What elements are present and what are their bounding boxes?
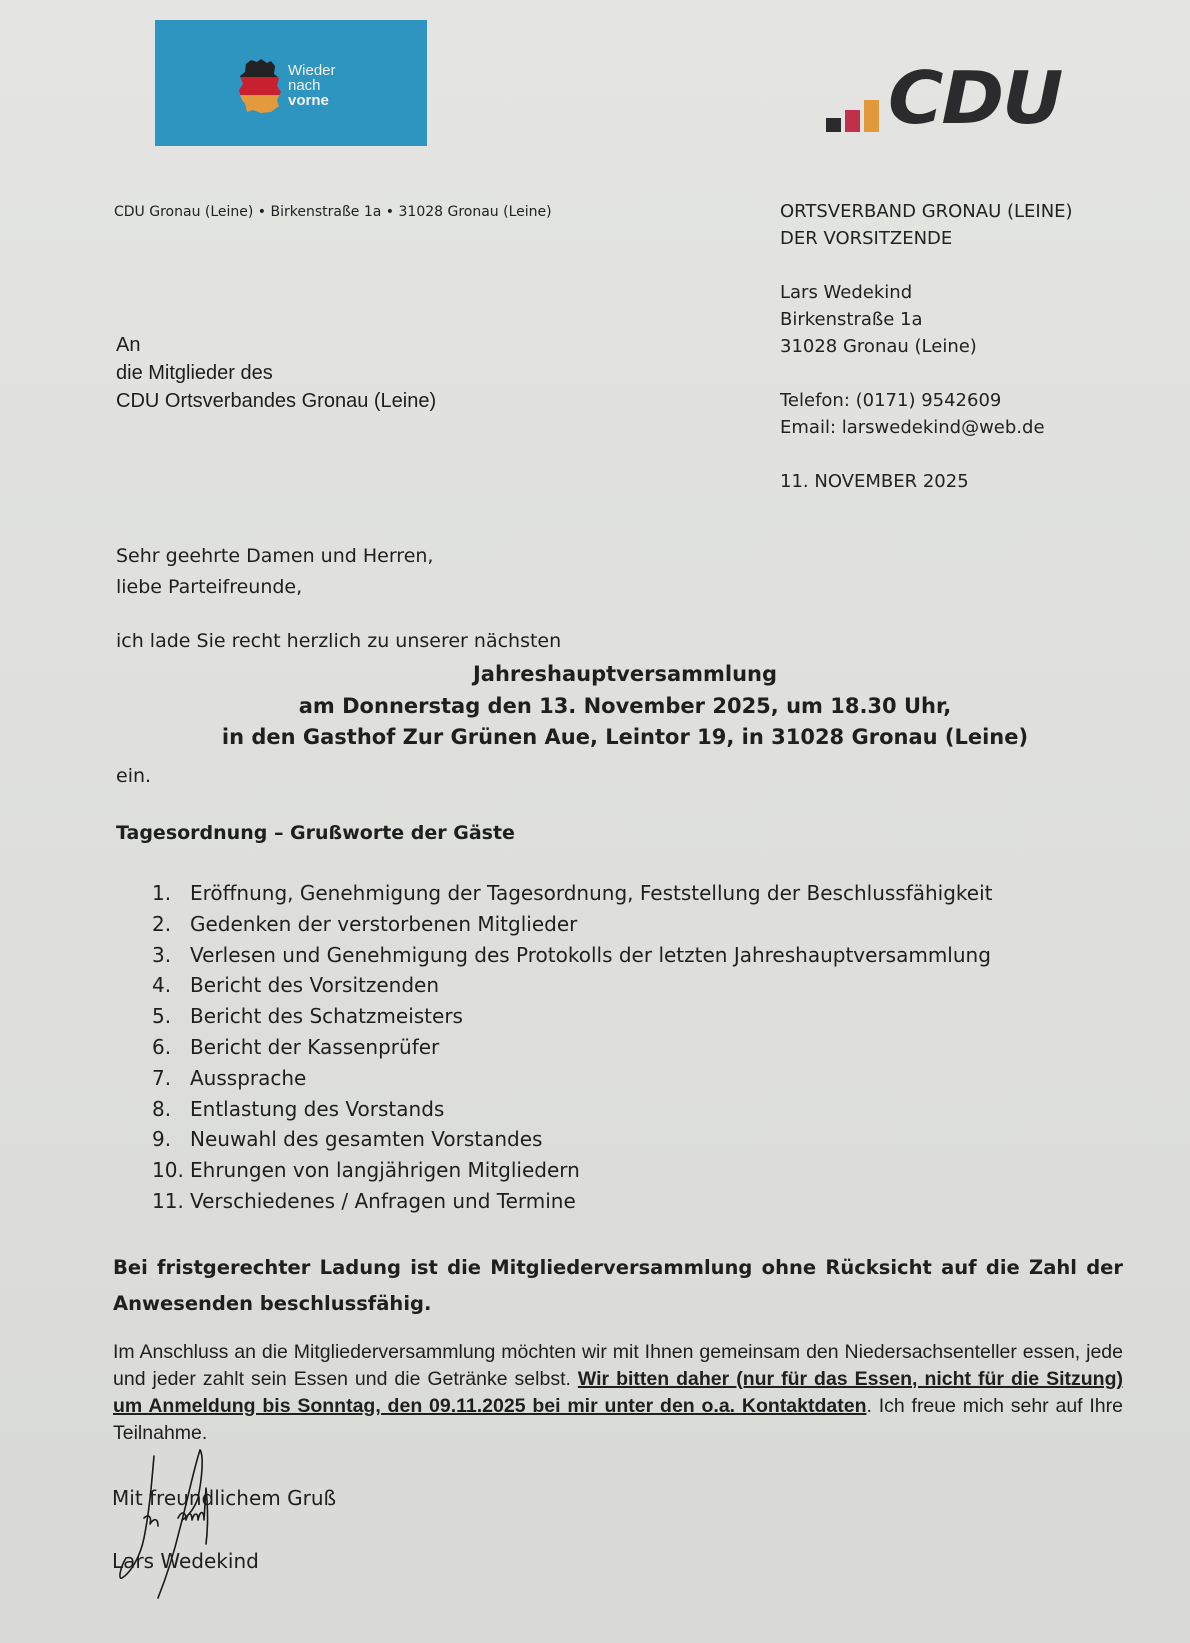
recipient-line-3: CDU Ortsverbandes Gronau (Leine)	[116, 387, 436, 415]
agenda-item-text: Bericht der Kassenprüfer	[190, 1032, 439, 1063]
invite-outro: ein.	[116, 765, 151, 787]
sender-name: Lars Wedekind	[780, 279, 1073, 306]
agenda-item: 5.Bericht des Schatzmeisters	[152, 1001, 993, 1032]
agenda-item-text: Bericht des Schatzmeisters	[190, 1001, 463, 1032]
agenda-item: 6.Bericht der Kassenprüfer	[152, 1032, 993, 1063]
sender-street: Birkenstraße 1a	[780, 306, 1073, 333]
agenda-item: 10.Ehrungen von langjährigen Mitgliedern	[152, 1155, 993, 1186]
event-location: in den Gasthof Zur Grünen Aue, Leintor 1…	[0, 725, 1190, 749]
agenda-item-text: Ehrungen von langjährigen Mitgliedern	[190, 1155, 580, 1186]
event-datetime: am Donnerstag den 13. November 2025, um …	[0, 694, 1190, 718]
sender-return-address: CDU Gronau (Leine) • Birkenstraße 1a • 3…	[114, 204, 552, 220]
agenda-item: 4.Bericht des Vorsitzenden	[152, 970, 993, 1001]
agenda-item-number: 8.	[152, 1094, 190, 1125]
agenda-item-text: Aussprache	[190, 1063, 306, 1094]
agenda-item: 9.Neuwahl des gesamten Vorstandes	[152, 1124, 993, 1155]
signer-name: Lars Wedekind	[112, 1549, 259, 1573]
agenda-item-text: Eröffnung, Genehmigung der Tagesordnung,…	[190, 878, 993, 909]
agenda-item-number: 4.	[152, 970, 190, 1001]
campaign-slogan: Wieder nach vorne	[288, 63, 336, 108]
germany-map-icon	[237, 58, 283, 114]
organization: ORTSVERBAND GRONAU (LEINE)	[780, 198, 1073, 225]
salutation-line-2: liebe Parteifreunde,	[116, 572, 433, 603]
slogan-line-1: Wieder	[288, 63, 336, 78]
agenda-item-number: 3.	[152, 940, 190, 971]
sender-phone: Telefon: (0171) 9542609	[780, 387, 1073, 414]
recipient-block: An die Mitglieder des CDU Ortsverbandes …	[116, 331, 436, 415]
agenda-item-text: Verschiedenes / Anfragen und Termine	[190, 1186, 576, 1217]
slogan-line-3: vorne	[288, 93, 336, 108]
agenda-item-number: 2.	[152, 909, 190, 940]
agenda-item: 2.Gedenken der verstorbenen Mitglieder	[152, 909, 993, 940]
agenda-item: 3.Verlesen und Genehmigung des Protokoll…	[152, 940, 993, 971]
invite-intro: ich lade Sie recht herzlich zu unserer n…	[116, 630, 561, 652]
agenda-item-number: 1.	[152, 878, 190, 909]
agenda-item-number: 9.	[152, 1124, 190, 1155]
role: DER VORSITZENDE	[780, 225, 1073, 252]
agenda-title: Tagesordnung – Grußworte der Gäste	[116, 822, 515, 844]
agenda-item-text: Neuwahl des gesamten Vorstandes	[190, 1124, 542, 1155]
sender-block: ORTSVERBAND GRONAU (LEINE) DER VORSITZEN…	[780, 198, 1073, 495]
agenda-item: 1.Eröffnung, Genehmigung der Tagesordnun…	[152, 878, 993, 909]
letter-date: 11. NOVEMBER 2025	[780, 468, 1073, 495]
cdu-logo: CDU	[826, 68, 1091, 138]
agenda-item-number: 7.	[152, 1063, 190, 1094]
sender-email: Email: larswedekind@web.de	[780, 414, 1073, 441]
event-title: Jahreshauptversammlung	[0, 662, 1190, 686]
slogan-line-2: nach	[288, 78, 336, 93]
campaign-logo: Wieder nach vorne	[155, 20, 427, 146]
quorum-note: Bei fristgerechter Ladung ist die Mitgli…	[113, 1250, 1123, 1322]
agenda-item: 8.Entlastung des Vorstands	[152, 1094, 993, 1125]
cdu-wordmark: CDU	[888, 56, 1061, 140]
agenda-item-text: Entlastung des Vorstands	[190, 1094, 444, 1125]
agenda-item-text: Verlesen und Genehmigung des Protokolls …	[190, 940, 991, 971]
agenda-item: 11.Verschiedenes / Anfragen und Termine	[152, 1186, 993, 1217]
agenda-item-text: Bericht des Vorsitzenden	[190, 970, 439, 1001]
recipient-line-2: die Mitglieder des	[116, 359, 436, 387]
salutation-line-1: Sehr geehrte Damen und Herren,	[116, 541, 433, 572]
agenda-item-number: 11.	[152, 1186, 190, 1217]
agenda-item-number: 6.	[152, 1032, 190, 1063]
agenda-item: 7.Aussprache	[152, 1063, 993, 1094]
sender-city: 31028 Gronau (Leine)	[780, 333, 1073, 360]
agenda-item-number: 10.	[152, 1155, 190, 1186]
dinner-paragraph: Im Anschluss an die Mitgliederversammlun…	[113, 1339, 1123, 1447]
agenda-item-number: 5.	[152, 1001, 190, 1032]
agenda-list: 1.Eröffnung, Genehmigung der Tagesordnun…	[152, 878, 993, 1217]
handwritten-signature	[108, 1448, 238, 1608]
recipient-line-1: An	[116, 331, 436, 359]
agenda-item-text: Gedenken der verstorbenen Mitglieder	[190, 909, 577, 940]
salutation: Sehr geehrte Damen und Herren, liebe Par…	[116, 541, 433, 603]
